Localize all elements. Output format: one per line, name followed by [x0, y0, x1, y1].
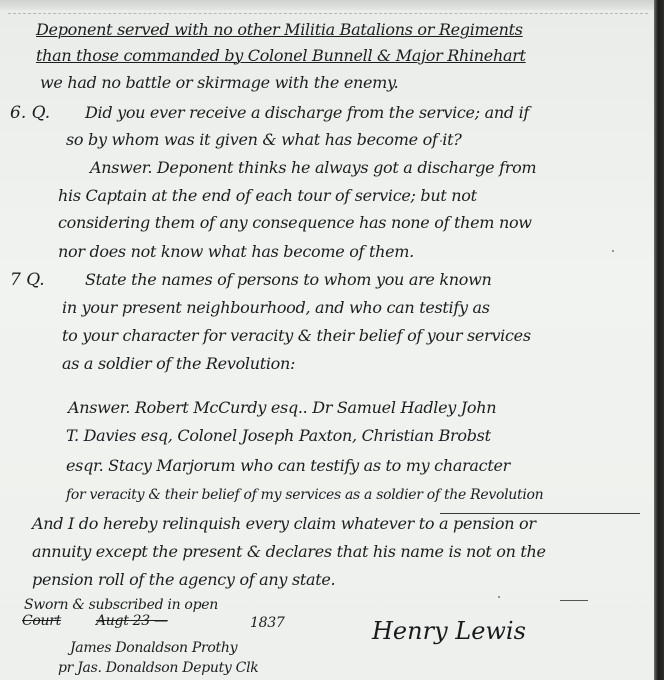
question-7-line-2: in your present neighbourhood, and who c… — [62, 300, 490, 316]
answer-7-line-4: for veracity & their belief of my servic… — [66, 488, 543, 502]
relinquish-line-1: And I do hereby relinquish every claim w… — [32, 516, 536, 532]
margin-dash — [560, 600, 588, 601]
question-7-line-3: to your character for veracity & their b… — [62, 328, 531, 344]
intro-line-2: than those commanded by Colonel Bunnell … — [36, 48, 526, 64]
question-7-line-4: as a soldier of the Revolution: — [62, 356, 295, 372]
answer-6-line-2: his Captain at the end of each tour of s… — [58, 188, 477, 204]
speck — [440, 140, 442, 142]
clerk-line-1: James Donaldson Prothy — [70, 641, 237, 655]
question-6-number: 6. Q. — [10, 103, 50, 123]
question-7-line-1: State the names of persons to whom you a… — [85, 272, 492, 288]
answer-7-line-1: Answer. Robert McCurdy esq.. Dr Samuel H… — [68, 400, 496, 416]
relinquish-line-3: pension roll of the agency of any state. — [32, 572, 335, 588]
paper-right-edge-shadow — [654, 0, 664, 680]
jurat-line-1: Sworn & subscribed in open — [24, 598, 218, 612]
deponent-signature: Henry Lewis — [372, 617, 526, 645]
question-6-line-2: so by whom was it given & what has becom… — [66, 132, 462, 148]
clerk-line-2: pr Jas. Donaldson Deputy Clk — [58, 661, 258, 675]
speck — [612, 250, 614, 252]
answer-7-line-2: T. Davies esq, Colonel Joseph Paxton, Ch… — [66, 428, 491, 444]
question-7-number: 7 Q. — [10, 270, 45, 290]
intro-line-1: Deponent served with no other Militia Ba… — [36, 22, 523, 38]
answer-7-line-3: esqr. Stacy Marjorum who can testify as … — [66, 458, 510, 474]
answer-6-line-4: nor does not know what has become of the… — [58, 244, 414, 260]
document-page: Deponent served with no other Militia Ba… — [0, 0, 664, 680]
answer-6-line-3: considering them of any consequence has … — [58, 215, 532, 231]
faded-previous-line — [8, 13, 648, 15]
jurat-year: 1837 — [250, 616, 284, 630]
paper-top-edge — [0, 0, 664, 10]
relinquish-line-2: annuity except the present & declares th… — [32, 544, 546, 560]
intro-line-3: we had no battle or skirmage with the en… — [40, 75, 398, 91]
question-6-line-1: Did you ever receive a discharge from th… — [85, 105, 529, 121]
speck — [498, 596, 500, 598]
jurat-court: Court — [22, 614, 61, 628]
jurat-date: Augt 23 — — [96, 614, 168, 628]
answer-6-line-1: Answer. Deponent thinks he always got a … — [90, 160, 536, 176]
